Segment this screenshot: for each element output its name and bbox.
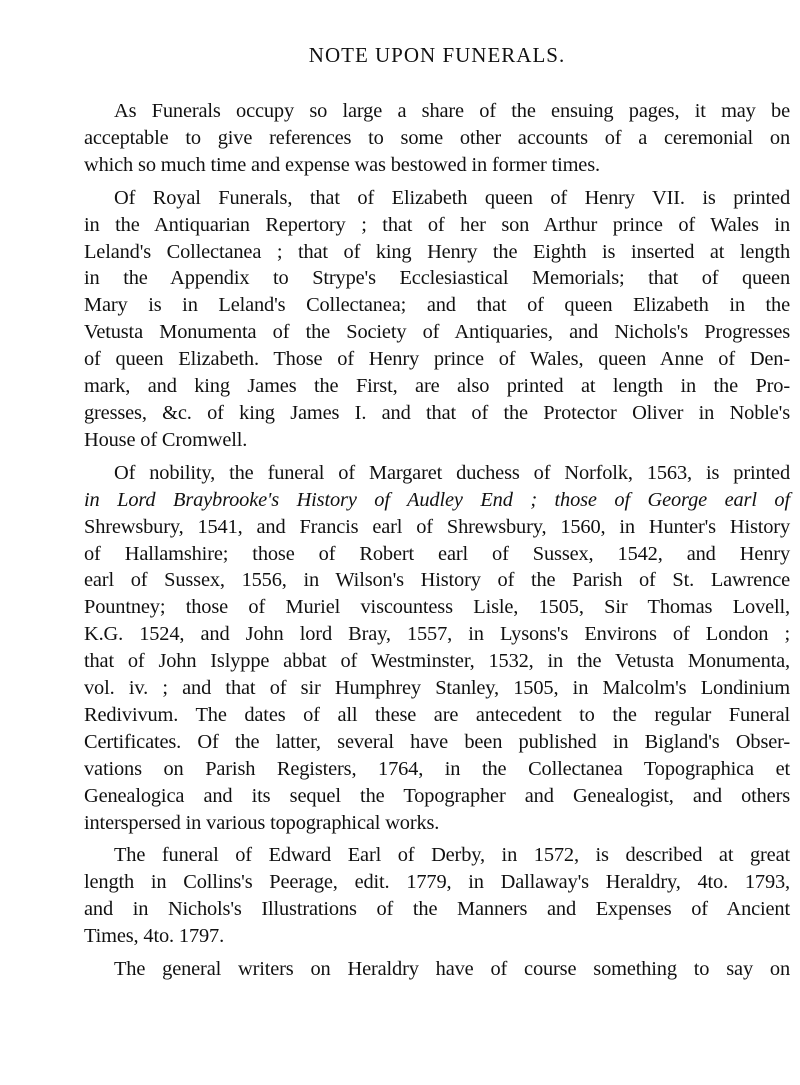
- text-line: interspersed in various topographical wo…: [84, 810, 790, 837]
- paragraph-heraldry-writers: The general writers on Heraldry have of …: [84, 956, 790, 983]
- text-line: Leland's Collectanea ; that of king Henr…: [84, 239, 790, 266]
- text-line: in the Appendix to Strype's Ecclesiastic…: [84, 265, 790, 292]
- text-line: which so much time and expense was besto…: [84, 152, 790, 179]
- text-line: of queen Elizabeth. Those of Henry princ…: [84, 346, 790, 373]
- text-line: in the Antiquarian Repertory ; that of h…: [84, 212, 790, 239]
- text-line: The funeral of Edward Earl of Derby, in …: [84, 842, 790, 869]
- paragraph-nobility: Of nobility, the funeral of Margaret duc…: [84, 460, 790, 837]
- text-line: earl of Sussex, 1556, in Wilson's Histor…: [84, 567, 790, 594]
- text-line: Of nobility, the funeral of Margaret duc…: [84, 460, 790, 487]
- text-line-italic: in Lord Braybrooke's History of Audley E…: [84, 487, 790, 514]
- text-line: K.G. 1524, and John lord Bray, 1557, in …: [84, 621, 790, 648]
- text-line: Redivivum. The dates of all these are an…: [84, 702, 790, 729]
- page-title: NOTE UPON FUNERALS.: [84, 40, 790, 70]
- text-line: vol. iv. ; and that of sir Humphrey Stan…: [84, 675, 790, 702]
- text-line: and in Nichols's Illustrations of the Ma…: [84, 896, 790, 923]
- text-line: House of Cromwell.: [84, 427, 790, 454]
- text-line: Mary is in Leland's Collectanea; and tha…: [84, 292, 790, 319]
- text-line: Certificates. Of the latter, several hav…: [84, 729, 790, 756]
- text-line: mark, and king James the First, are also…: [84, 373, 790, 400]
- text-line: Of Royal Funerals, that of Elizabeth que…: [84, 185, 790, 212]
- paragraph-intro: As Funerals occupy so large a share of t…: [84, 98, 790, 179]
- text-line: length in Collins's Peerage, edit. 1779,…: [84, 869, 790, 896]
- paragraph-royal-funerals: Of Royal Funerals, that of Elizabeth que…: [84, 185, 790, 454]
- text-line: of Hallamshire; those of Robert earl of …: [84, 541, 790, 568]
- text-line: vations on Parish Registers, 1764, in th…: [84, 756, 790, 783]
- text-line: The general writers on Heraldry have of …: [84, 956, 790, 983]
- text-line: Genealogica and its sequel the Topograph…: [84, 783, 790, 810]
- text-line: acceptable to give references to some ot…: [84, 125, 790, 152]
- text-line: Times, 4to. 1797.: [84, 923, 790, 950]
- text-line: that of John Islyppe abbat of Westminste…: [84, 648, 790, 675]
- body-text: As Funerals occupy so large a share of t…: [84, 98, 790, 989]
- paragraph-earl-of-derby: The funeral of Edward Earl of Derby, in …: [84, 842, 790, 950]
- text-line: Shrewsbury, 1541, and Francis earl of Sh…: [84, 514, 790, 541]
- text-line: gresses, &c. of king James I. and that o…: [84, 400, 790, 427]
- text-line: Pountney; those of Muriel viscountess Li…: [84, 594, 790, 621]
- text-line: As Funerals occupy so large a share of t…: [84, 98, 790, 125]
- text-line: Vetusta Monumenta of the Society of Anti…: [84, 319, 790, 346]
